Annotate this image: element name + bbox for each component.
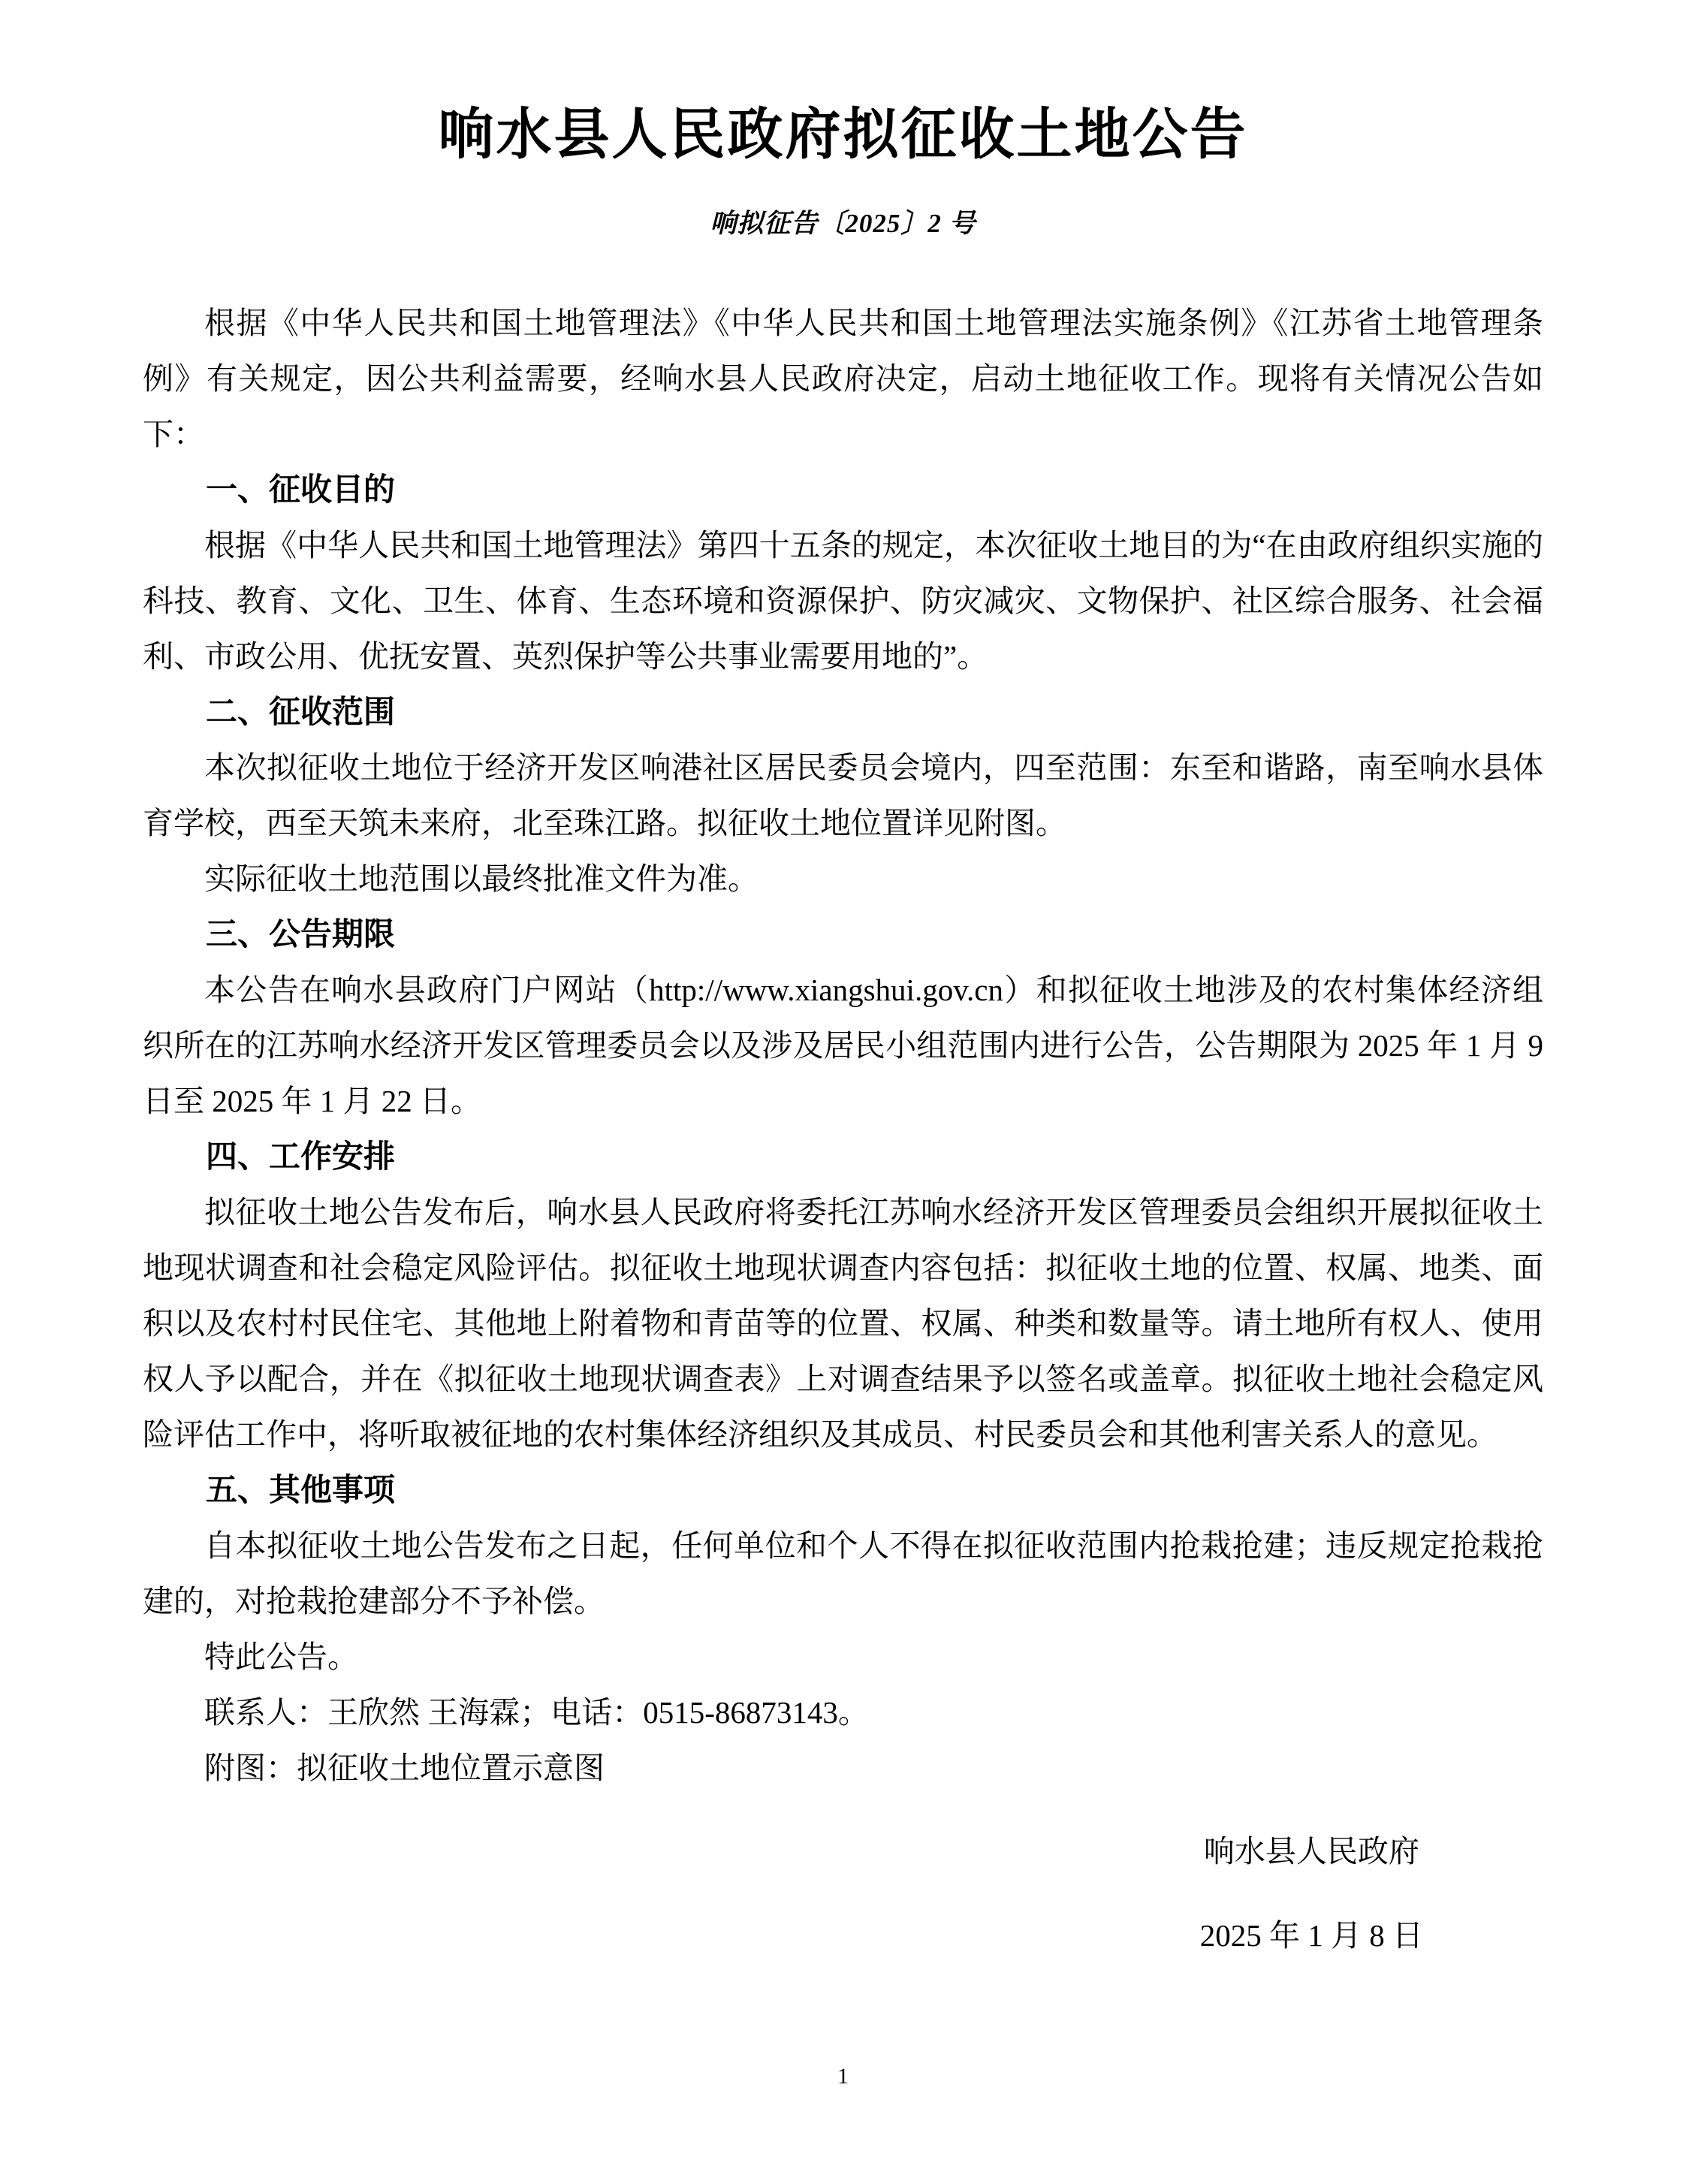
intro-paragraph: 根据《中华人民共和国土地管理法》《中华人民共和国土地管理法实施条例》《江苏省土地… (143, 295, 1543, 462)
section-other-matters-paragraph-2: 特此公告。 (143, 1629, 1543, 1685)
attachment-line: 附图：拟征收土地位置示意图 (143, 1740, 1543, 1796)
section-heading-work-arrangement: 四、工作安排 (143, 1129, 1543, 1184)
section-scope-paragraph-2: 实际征收土地范围以最终批准文件为准。 (143, 851, 1543, 906)
section-work-arrangement-paragraph: 拟征收土地公告发布后，响水县人民政府将委托江苏响水经济开发区管理委员会组织开展拟… (143, 1184, 1543, 1462)
section-purpose-paragraph: 根据《中华人民共和国土地管理法》第四十五条的规定，本次征收土地目的为“在由政府组… (143, 517, 1543, 684)
section-scope-paragraph-1: 本次拟征收土地位于经济开发区响港社区居民委员会境内，四至范围：东至和谐路，南至响… (143, 740, 1543, 851)
document-title: 响水县人民政府拟征收土地公告 (143, 104, 1543, 164)
signature-date: 2025 年 1 月 8 日 (1200, 1917, 1423, 1954)
section-heading-scope: 二、征收范围 (143, 684, 1543, 740)
signature-organization: 响水县人民政府 (1200, 1833, 1423, 1870)
page-number: 1 (0, 2065, 1686, 2088)
signature-block: 响水县人民政府 2025 年 1 月 8 日 (1200, 1833, 1423, 1953)
document-page: 响水县人民政府拟征收土地公告 响拟征告〔2025〕2 号 根据《中华人民共和国土… (0, 0, 1686, 2184)
section-heading-notice-period: 三、公告期限 (143, 906, 1543, 962)
contact-line: 联系人：王欣然 王海霖；电话：0515-86873143。 (143, 1685, 1543, 1740)
section-heading-purpose: 一、征收目的 (143, 462, 1543, 517)
section-other-matters-paragraph-1: 自本拟征收土地公告发布之日起，任何单位和个人不得在拟征收范围内抢栽抢建；违反规定… (143, 1518, 1543, 1629)
section-notice-period-paragraph: 本公告在响水县政府门户网站（http://www.xiangshui.gov.c… (143, 962, 1543, 1129)
section-heading-other-matters: 五、其他事项 (143, 1462, 1543, 1518)
document-number: 响拟征告〔2025〕2 号 (143, 208, 1543, 240)
document-body: 根据《中华人民共和国土地管理法》《中华人民共和国土地管理法实施条例》《江苏省土地… (143, 295, 1543, 1796)
